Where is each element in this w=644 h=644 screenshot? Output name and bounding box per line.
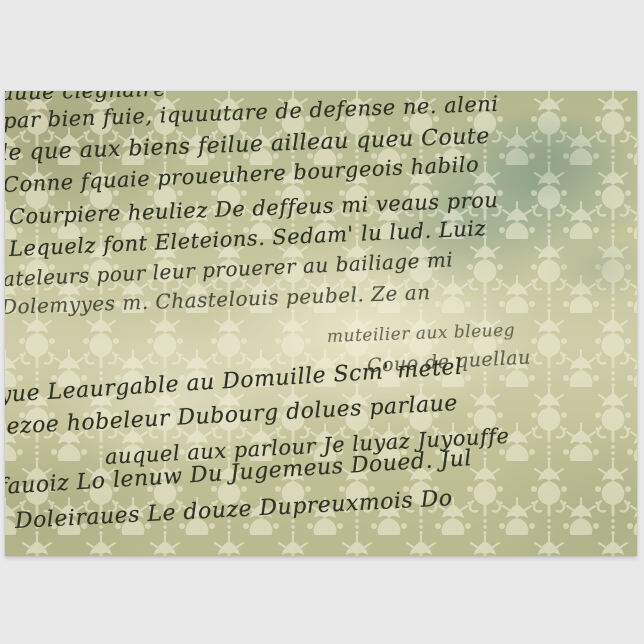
- script-line: auue ciegnaire: [5, 91, 167, 105]
- product-image-stage: auue ciegnaire par bien fuie, iquuutare …: [0, 0, 644, 644]
- vintage-script-paper: auue ciegnaire par bien fuie, iquuutare …: [5, 91, 637, 556]
- handwritten-script: auue ciegnaire par bien fuie, iquuutare …: [5, 91, 637, 556]
- script-line: muteilier aux bleueg: [327, 320, 516, 347]
